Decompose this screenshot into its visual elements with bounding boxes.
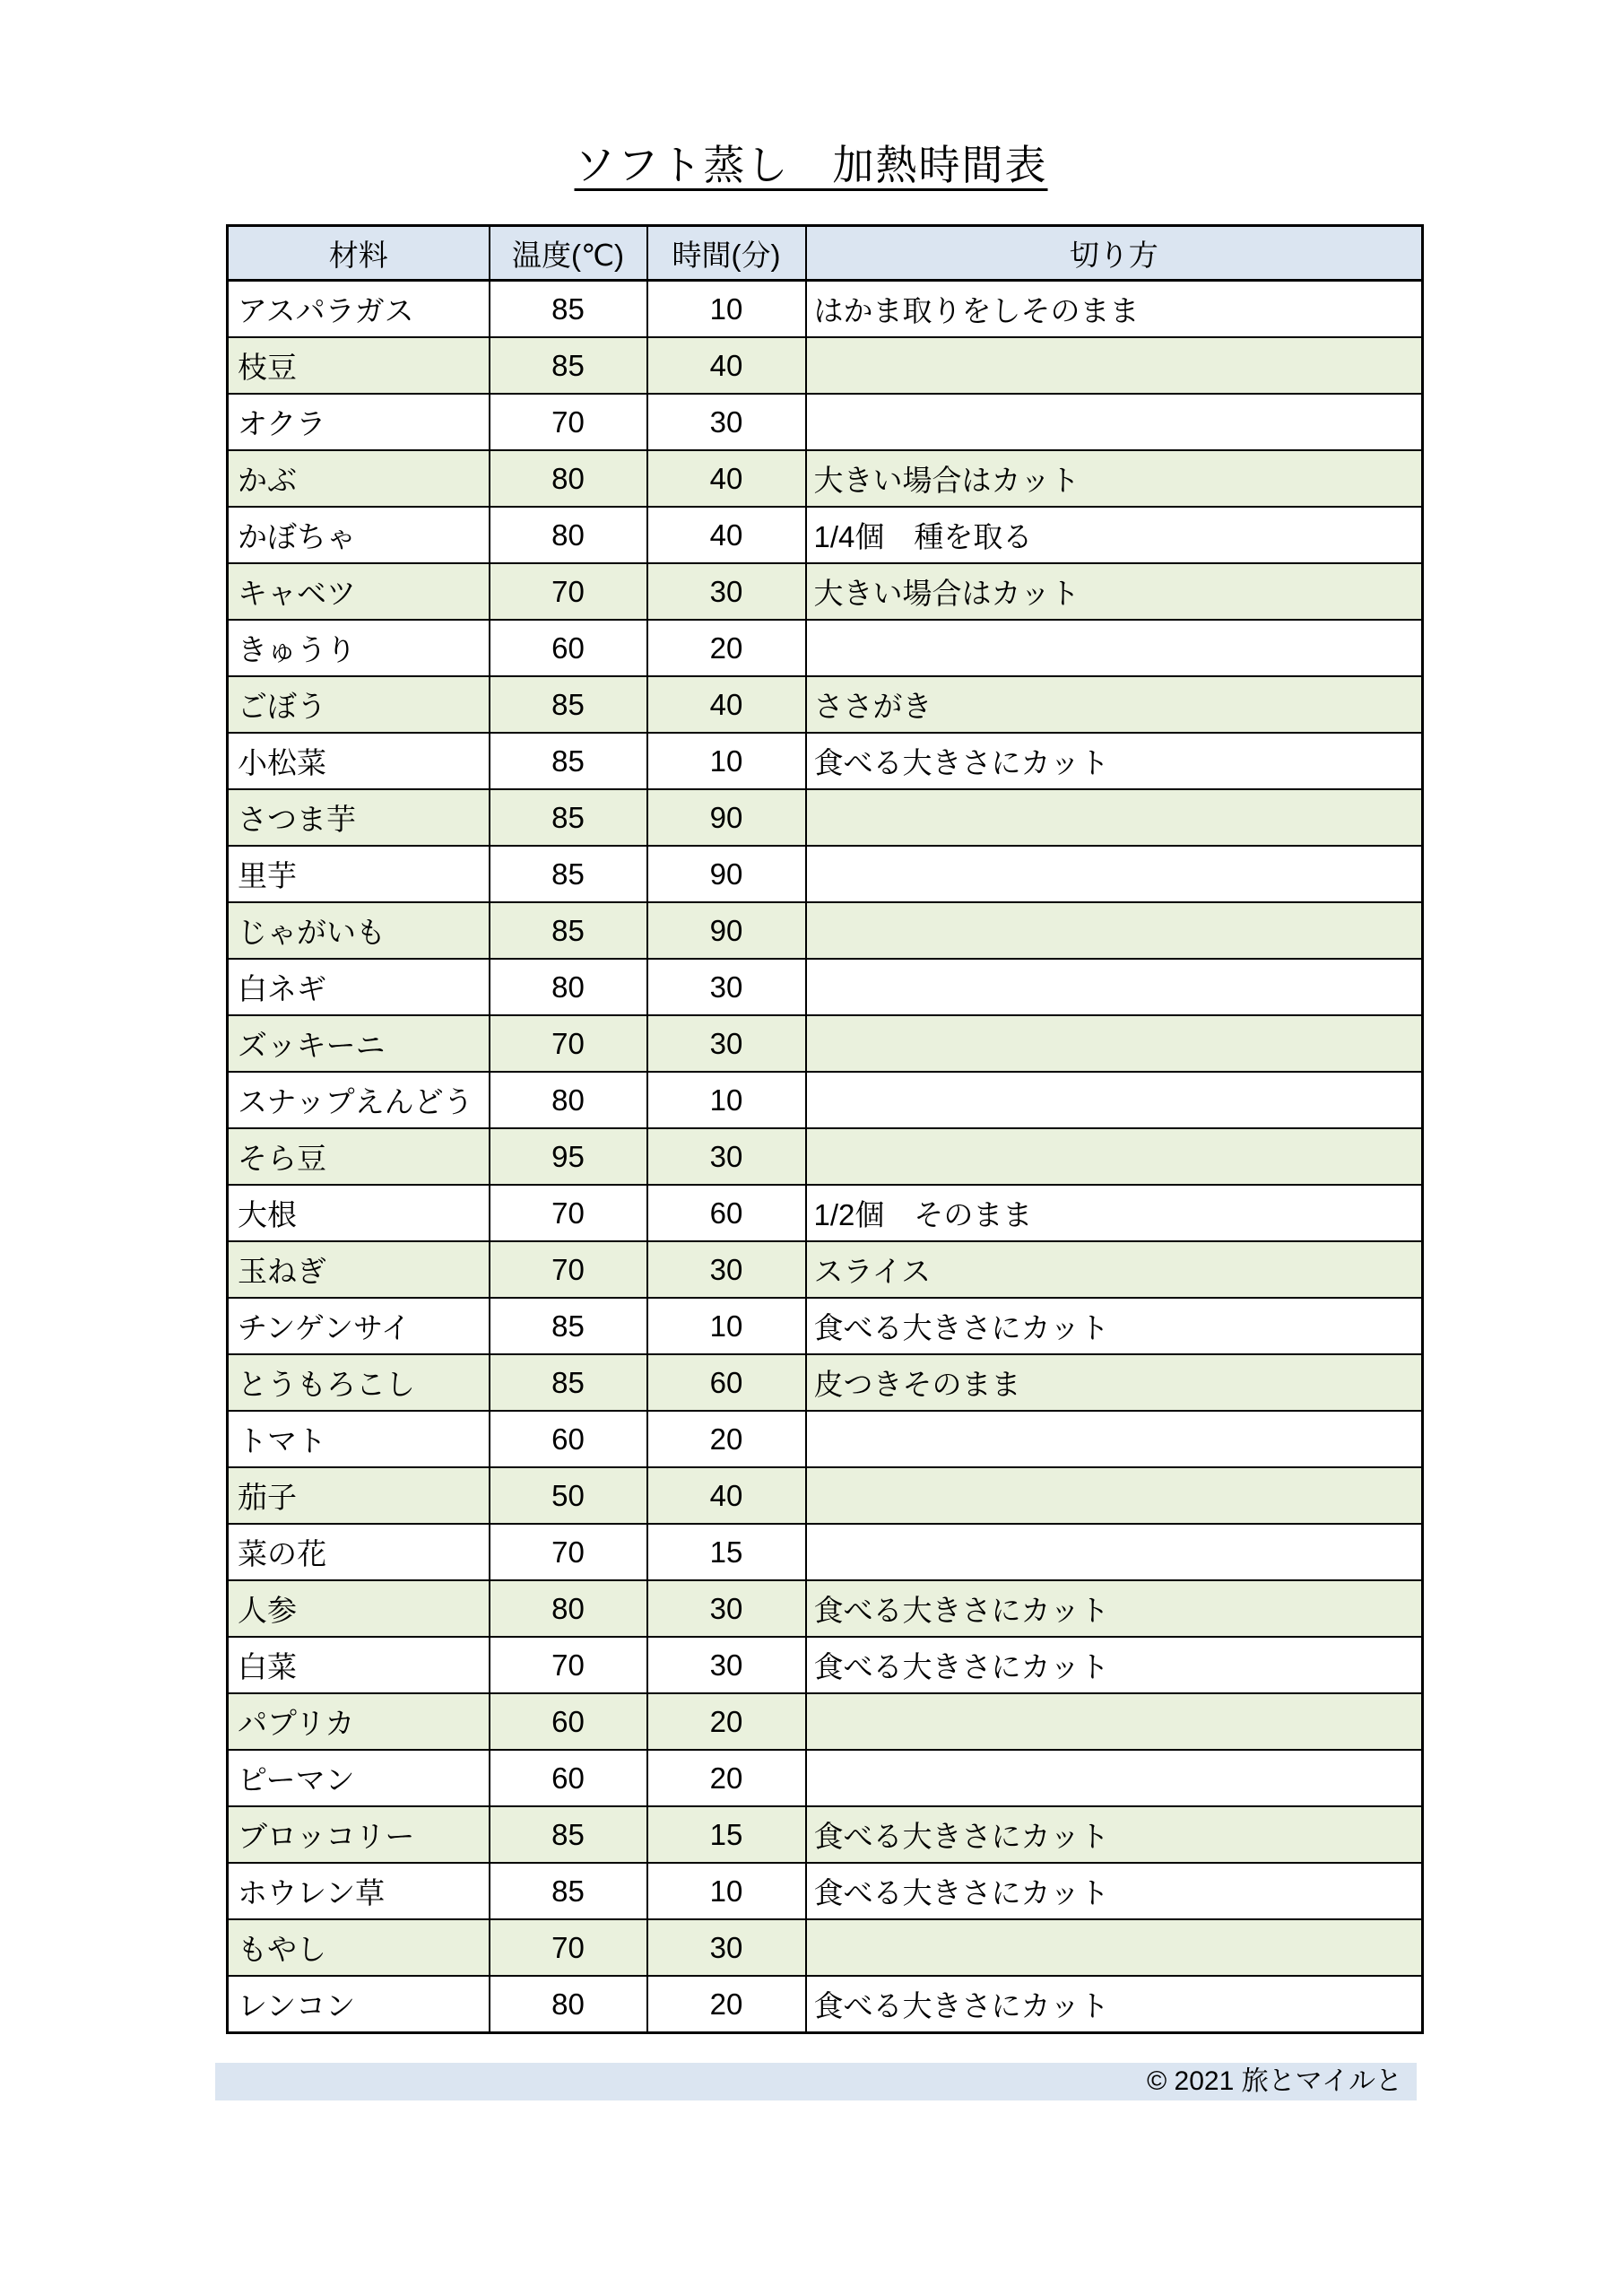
cell-time: 30	[647, 1128, 806, 1185]
cell-time: 30	[647, 1637, 806, 1693]
cell-temp: 95	[490, 1128, 647, 1185]
cell-material: キャベツ	[228, 563, 490, 620]
cell-cut: スライス	[806, 1241, 1423, 1298]
table-header-row: 材料 温度(℃) 時間(分) 切り方	[228, 226, 1423, 281]
cell-temp: 85	[490, 1806, 647, 1863]
cell-material: ピーマン	[228, 1750, 490, 1806]
cell-material: オクラ	[228, 394, 490, 450]
cell-time: 30	[647, 1580, 806, 1637]
cell-cut	[806, 394, 1423, 450]
cell-material: 菜の花	[228, 1524, 490, 1580]
cell-cut: 食べる大きさにカット	[806, 1976, 1423, 2033]
cell-time: 20	[647, 1693, 806, 1750]
cell-cut: 1/2個 そのまま	[806, 1185, 1423, 1241]
cell-temp: 70	[490, 1241, 647, 1298]
table-row: 人参8030食べる大きさにカット	[228, 1580, 1423, 1637]
cell-material: レンコン	[228, 1976, 490, 2033]
table-row: キャベツ7030大きい場合はカット	[228, 563, 1423, 620]
cell-cut	[806, 1467, 1423, 1524]
cell-temp: 85	[490, 281, 647, 338]
column-header-material: 材料	[228, 226, 490, 281]
cell-time: 10	[647, 733, 806, 789]
cell-time: 20	[647, 1976, 806, 2033]
table-row: 白ネギ8030	[228, 959, 1423, 1015]
cell-cut	[806, 1128, 1423, 1185]
cell-cut	[806, 902, 1423, 959]
cell-cut	[806, 846, 1423, 902]
table-row: じゃがいも8590	[228, 902, 1423, 959]
cell-material: 玉ねぎ	[228, 1241, 490, 1298]
copyright-text: © 2021 旅とマイルと	[1147, 2066, 1402, 2096]
cell-time: 15	[647, 1806, 806, 1863]
cell-time: 10	[647, 1072, 806, 1128]
column-header-time: 時間(分)	[647, 226, 806, 281]
cell-time: 90	[647, 902, 806, 959]
cell-material: ごぼう	[228, 676, 490, 733]
cell-temp: 85	[490, 1298, 647, 1354]
cell-temp: 80	[490, 507, 647, 563]
cell-cut	[806, 337, 1423, 394]
cell-time: 30	[647, 563, 806, 620]
cell-material: トマト	[228, 1411, 490, 1467]
cell-material: 白ネギ	[228, 959, 490, 1015]
cell-time: 30	[647, 1919, 806, 1976]
cell-material: 人参	[228, 1580, 490, 1637]
cell-cut	[806, 1750, 1423, 1806]
cell-temp: 70	[490, 563, 647, 620]
table-row: かぼちゃ80401/4個 種を取る	[228, 507, 1423, 563]
cell-material: きゅうり	[228, 620, 490, 676]
cell-cut	[806, 1411, 1423, 1467]
cell-cut	[806, 1072, 1423, 1128]
cell-temp: 60	[490, 1750, 647, 1806]
table-body: アスパラガス8510はかま取りをしそのまま枝豆8540オクラ7030かぶ8040…	[228, 281, 1423, 2033]
table-row: とうもろこし8560皮つきそのまま	[228, 1354, 1423, 1411]
cell-time: 10	[647, 1863, 806, 1919]
cell-material: スナップえんどう	[228, 1072, 490, 1128]
table-row: ホウレン草8510食べる大きさにカット	[228, 1863, 1423, 1919]
cell-time: 30	[647, 959, 806, 1015]
cell-cut: 食べる大きさにカット	[806, 1863, 1423, 1919]
cell-temp: 60	[490, 1693, 647, 1750]
column-header-cutting: 切り方	[806, 226, 1423, 281]
cell-cut: 皮つきそのまま	[806, 1354, 1423, 1411]
table-row: さつま芋8590	[228, 789, 1423, 846]
column-header-temperature: 温度(℃)	[490, 226, 647, 281]
cell-material: 大根	[228, 1185, 490, 1241]
cell-cut: 食べる大きさにカット	[806, 1580, 1423, 1637]
table-row: パプリカ6020	[228, 1693, 1423, 1750]
cell-temp: 85	[490, 1354, 647, 1411]
cell-time: 90	[647, 846, 806, 902]
cell-cut: 大きい場合はカット	[806, 563, 1423, 620]
cell-time: 15	[647, 1524, 806, 1580]
table-row: もやし7030	[228, 1919, 1423, 1976]
cell-cut	[806, 1693, 1423, 1750]
cell-temp: 60	[490, 620, 647, 676]
cell-cut	[806, 1015, 1423, 1072]
cell-time: 10	[647, 281, 806, 338]
table-row: 白菜7030食べる大きさにカット	[228, 1637, 1423, 1693]
cell-material: 枝豆	[228, 337, 490, 394]
cell-material: ブロッコリー	[228, 1806, 490, 1863]
cell-temp: 70	[490, 394, 647, 450]
cell-material: ズッキーニ	[228, 1015, 490, 1072]
cell-temp: 70	[490, 1919, 647, 1976]
table-row: 茄子5040	[228, 1467, 1423, 1524]
cell-time: 90	[647, 789, 806, 846]
cell-cut: ささがき	[806, 676, 1423, 733]
cell-material: じゃがいも	[228, 902, 490, 959]
heating-time-table: 材料 温度(℃) 時間(分) 切り方 アスパラガス8510はかま取りをしそのまま…	[226, 224, 1424, 2034]
cell-temp: 80	[490, 450, 647, 507]
cell-temp: 85	[490, 337, 647, 394]
cell-material: 白菜	[228, 1637, 490, 1693]
cell-material: もやし	[228, 1919, 490, 1976]
cell-time: 20	[647, 1750, 806, 1806]
table-row: 小松菜8510食べる大きさにカット	[228, 733, 1423, 789]
cell-cut: 食べる大きさにカット	[806, 1637, 1423, 1693]
page-title: ソフト蒸し 加熱時間表	[0, 133, 1622, 192]
cell-cut	[806, 1524, 1423, 1580]
cell-cut	[806, 789, 1423, 846]
cell-material: そら豆	[228, 1128, 490, 1185]
cell-time: 40	[647, 337, 806, 394]
table-row: ブロッコリー8515食べる大きさにカット	[228, 1806, 1423, 1863]
table-row: アスパラガス8510はかま取りをしそのまま	[228, 281, 1423, 338]
cell-temp: 70	[490, 1637, 647, 1693]
cell-temp: 70	[490, 1185, 647, 1241]
cell-material: とうもろこし	[228, 1354, 490, 1411]
table-row: レンコン8020食べる大きさにカット	[228, 1976, 1423, 2033]
cell-time: 40	[647, 450, 806, 507]
cell-cut: 大きい場合はカット	[806, 450, 1423, 507]
cell-temp: 80	[490, 1580, 647, 1637]
cell-temp: 50	[490, 1467, 647, 1524]
cell-temp: 80	[490, 1072, 647, 1128]
cell-material: 茄子	[228, 1467, 490, 1524]
cell-time: 30	[647, 1015, 806, 1072]
table-row: きゅうり6020	[228, 620, 1423, 676]
cell-material: 里芋	[228, 846, 490, 902]
cell-time: 30	[647, 1241, 806, 1298]
cell-time: 30	[647, 394, 806, 450]
cell-cut: 食べる大きさにカット	[806, 1806, 1423, 1863]
cell-material: かぼちゃ	[228, 507, 490, 563]
table-row: ピーマン6020	[228, 1750, 1423, 1806]
cell-material: ホウレン草	[228, 1863, 490, 1919]
cell-temp: 85	[490, 733, 647, 789]
cell-temp: 70	[490, 1015, 647, 1072]
cell-cut	[806, 1919, 1423, 1976]
footer-bar: © 2021 旅とマイルと	[215, 2063, 1417, 2100]
table-row: チンゲンサイ8510食べる大きさにカット	[228, 1298, 1423, 1354]
table-row: かぶ8040大きい場合はカット	[228, 450, 1423, 507]
table-row: スナップえんどう8010	[228, 1072, 1423, 1128]
table-row: 枝豆8540	[228, 337, 1423, 394]
cell-temp: 80	[490, 1976, 647, 2033]
cell-cut: 食べる大きさにカット	[806, 733, 1423, 789]
table-row: そら豆9530	[228, 1128, 1423, 1185]
cell-time: 20	[647, 620, 806, 676]
cell-time: 40	[647, 1467, 806, 1524]
table-row: 菜の花7015	[228, 1524, 1423, 1580]
table-row: トマト6020	[228, 1411, 1423, 1467]
cell-temp: 70	[490, 1524, 647, 1580]
document-page: ソフト蒸し 加熱時間表 材料 温度(℃) 時間(分) 切り方 アスパラガス851…	[0, 0, 1622, 2296]
cell-cut: 食べる大きさにカット	[806, 1298, 1423, 1354]
cell-material: 小松菜	[228, 733, 490, 789]
table-row: ごぼう8540ささがき	[228, 676, 1423, 733]
cell-temp: 85	[490, 846, 647, 902]
cell-temp: 85	[490, 1863, 647, 1919]
cell-temp: 80	[490, 959, 647, 1015]
cell-material: アスパラガス	[228, 281, 490, 338]
cell-time: 40	[647, 676, 806, 733]
table-row: ズッキーニ7030	[228, 1015, 1423, 1072]
cell-material: さつま芋	[228, 789, 490, 846]
cell-time: 40	[647, 507, 806, 563]
table-row: 大根70601/2個 そのまま	[228, 1185, 1423, 1241]
cell-time: 60	[647, 1185, 806, 1241]
cell-cut: 1/4個 種を取る	[806, 507, 1423, 563]
cell-temp: 85	[490, 676, 647, 733]
table-row: 里芋8590	[228, 846, 1423, 902]
cell-material: かぶ	[228, 450, 490, 507]
cell-temp: 60	[490, 1411, 647, 1467]
cell-time: 20	[647, 1411, 806, 1467]
cell-time: 60	[647, 1354, 806, 1411]
cell-cut: はかま取りをしそのまま	[806, 281, 1423, 338]
table-row: オクラ7030	[228, 394, 1423, 450]
cell-material: チンゲンサイ	[228, 1298, 490, 1354]
table-row: 玉ねぎ7030スライス	[228, 1241, 1423, 1298]
cell-cut	[806, 959, 1423, 1015]
cell-cut	[806, 620, 1423, 676]
cell-temp: 85	[490, 902, 647, 959]
cell-time: 10	[647, 1298, 806, 1354]
cell-temp: 85	[490, 789, 647, 846]
cell-material: パプリカ	[228, 1693, 490, 1750]
